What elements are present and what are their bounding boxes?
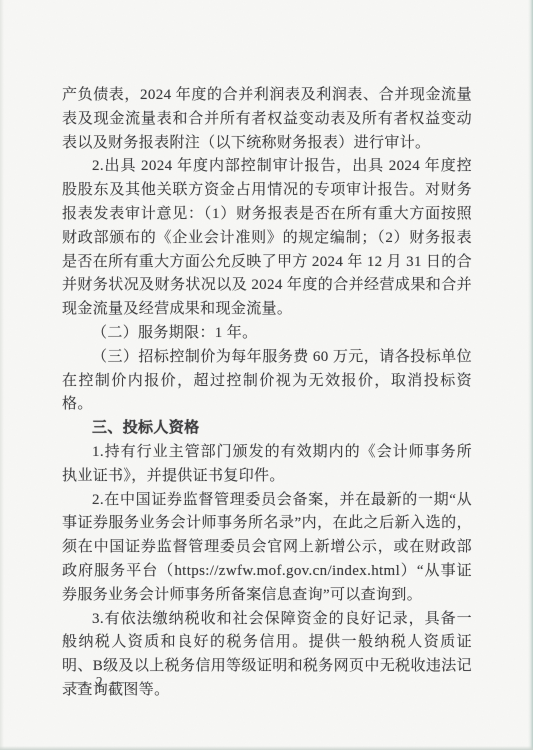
scan-edge-right	[528, 0, 533, 750]
document-body: 产负债表，2024 年度的合并利润表及利润表、合并现金流量表及现金流量表和合并所…	[62, 84, 472, 703]
paragraph: （二）服务期限：1 年。	[62, 322, 472, 346]
paragraph: 1.持有行业主管部门颁发的有效期内的《会计师事务所执业证书》，并提供证书复印件。	[62, 441, 472, 489]
section-heading: 三、投标人资格	[62, 417, 472, 441]
document-page: 产负债表，2024 年度的合并利润表及利润表、合并现金流量表及现金流量表和合并所…	[0, 0, 533, 750]
page-number: — 2 —	[74, 674, 127, 690]
paragraph: 产负债表，2024 年度的合并利润表及利润表、合并现金流量表及现金流量表和合并所…	[62, 84, 472, 155]
paragraph: （三）招标控制价为每年服务费 60 万元，请各投标单位在控制价内报价，超过控制价…	[62, 346, 472, 417]
scan-edge-bottom	[0, 746, 533, 750]
paragraph: 2.在中国证券监督管理委员会备案，并在最新的一期“从事证券服务业务会计师事务所名…	[62, 489, 472, 608]
paragraph: 2.出具 2024 年度内部控制审计报告，出具 2024 年度控股股东及其他关联…	[62, 155, 472, 322]
scan-edge-left	[0, 0, 4, 750]
